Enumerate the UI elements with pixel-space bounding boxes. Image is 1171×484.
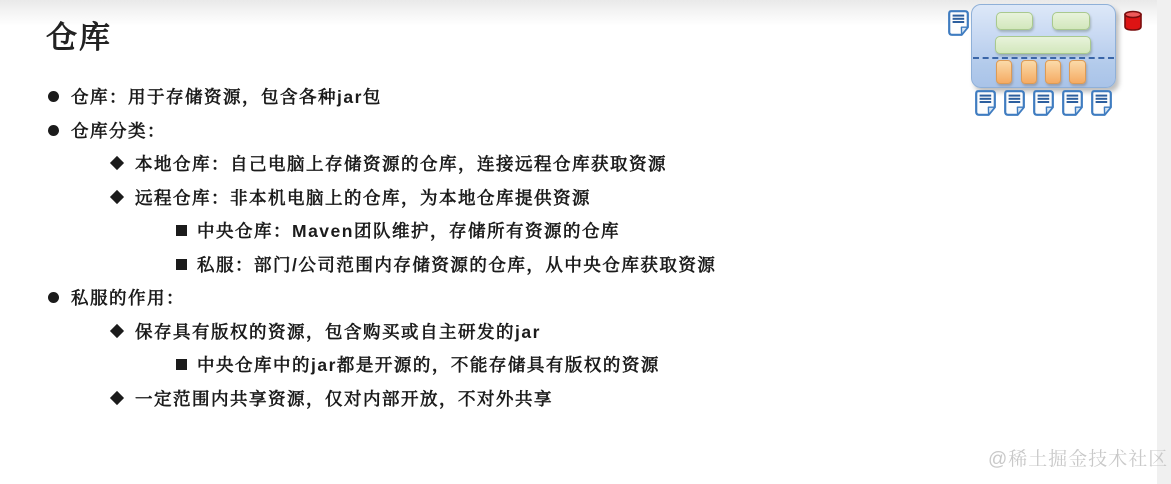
list-item: 仓库：用于存储资源，包含各种jar包 — [48, 84, 382, 108]
bullet-text: 远程仓库：非本机电脑上的仓库，为本地仓库提供资源 — [135, 185, 591, 210]
diamond-bullet-icon — [110, 391, 124, 405]
list-item: 远程仓库：非本机电脑上的仓库，为本地仓库提供资源 — [112, 185, 591, 209]
bullet-text: 一定范围内共享资源，仅对内部开放，不对外共享 — [135, 386, 553, 411]
orange-module-box — [996, 60, 1012, 84]
document-icon — [1091, 90, 1112, 116]
slide: 仓库 仓库：用于存储资源，包含各种jar包 仓库分类： 本地仓库：自己电脑上存储… — [0, 0, 1171, 484]
bullet-text: 私服：部门/公司范围内存储资源的仓库，从中央仓库获取资源 — [197, 252, 716, 277]
repository-diagram-thumbnail — [945, 2, 1157, 122]
diamond-bullet-icon — [110, 190, 124, 204]
list-item: 本地仓库：自己电脑上存储资源的仓库，连接远程仓库获取资源 — [112, 151, 667, 175]
list-item: 一定范围内共享资源，仅对内部开放，不对外共享 — [112, 386, 553, 410]
document-icon — [975, 90, 996, 116]
circle-bullet-icon — [48, 125, 59, 136]
list-item: 私服：部门/公司范围内存储资源的仓库，从中央仓库获取资源 — [176, 252, 716, 276]
page-title: 仓库 — [46, 12, 112, 57]
list-item: 保存具有版权的资源，包含购买或自主研发的jar — [112, 319, 541, 343]
orange-module-box — [1021, 60, 1037, 84]
green-wide-module-box — [995, 36, 1091, 54]
bullet-text: 本地仓库：自己电脑上存储资源的仓库，连接远程仓库获取资源 — [135, 151, 667, 176]
circle-bullet-icon — [48, 91, 59, 102]
right-edge-strip — [1157, 0, 1171, 484]
list-item: 中央仓库：Maven团队维护，存储所有资源的仓库 — [176, 218, 620, 242]
bullet-text: 中央仓库：Maven团队维护，存储所有资源的仓库 — [197, 218, 620, 243]
diamond-bullet-icon — [110, 156, 124, 170]
document-icon — [1004, 90, 1025, 116]
bullet-text: 私服的作用： — [71, 285, 185, 310]
diamond-bullet-icon — [110, 324, 124, 338]
document-icon — [1033, 90, 1054, 116]
square-bullet-icon — [176, 259, 187, 270]
square-bullet-icon — [176, 225, 187, 236]
list-item: 中央仓库中的jar都是开源的，不能存储具有版权的资源 — [176, 352, 660, 376]
dashed-divider-line — [973, 57, 1114, 59]
green-module-box — [1052, 12, 1090, 30]
list-item: 仓库分类： — [48, 118, 166, 142]
circle-bullet-icon — [48, 292, 59, 303]
bullet-text: 中央仓库中的jar都是开源的，不能存储具有版权的资源 — [197, 352, 660, 377]
square-bullet-icon — [176, 359, 187, 370]
orange-module-box — [1069, 60, 1086, 84]
bullet-text: 仓库分类： — [71, 118, 166, 143]
green-module-box — [996, 12, 1033, 30]
document-icon — [1062, 90, 1083, 116]
database-cylinder-icon — [1123, 10, 1143, 32]
list-item: 私服的作用： — [48, 285, 185, 309]
bullet-text: 保存具有版权的资源，包含购买或自主研发的jar — [135, 319, 541, 344]
bullet-text: 仓库：用于存储资源，包含各种jar包 — [71, 84, 382, 109]
document-icon — [948, 10, 969, 36]
orange-module-box — [1045, 60, 1061, 84]
watermark: @稀土掘金技术社区 — [988, 444, 1168, 471]
